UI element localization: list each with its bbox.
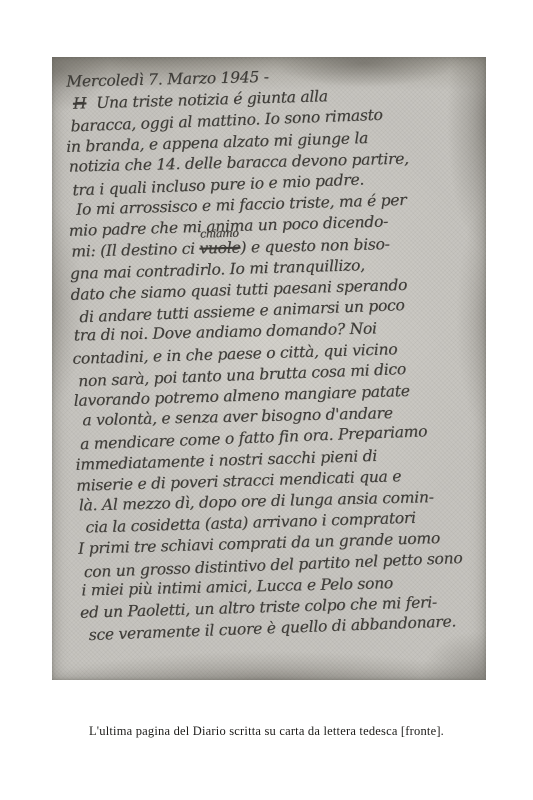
handwritten-text: ) e questo non biso- <box>240 235 390 257</box>
correction: vuolechiamo <box>199 237 240 259</box>
photo-caption: L'ultima pagina del Diario scritta su ca… <box>0 724 533 739</box>
book-page: Mercoledì 7. Marzo 1945 - HUna triste no… <box>0 0 533 800</box>
handwriting-block: Mercoledì 7. Marzo 1945 - HUna triste no… <box>64 61 497 646</box>
diary-photo: Mercoledì 7. Marzo 1945 - HUna triste no… <box>52 57 486 680</box>
struck-out-mark: H <box>73 95 87 113</box>
handwritten-text: mi: (Il destino ci <box>71 239 200 260</box>
struck-word: vuole <box>199 238 240 257</box>
inserted-word: chiamo <box>200 227 239 239</box>
